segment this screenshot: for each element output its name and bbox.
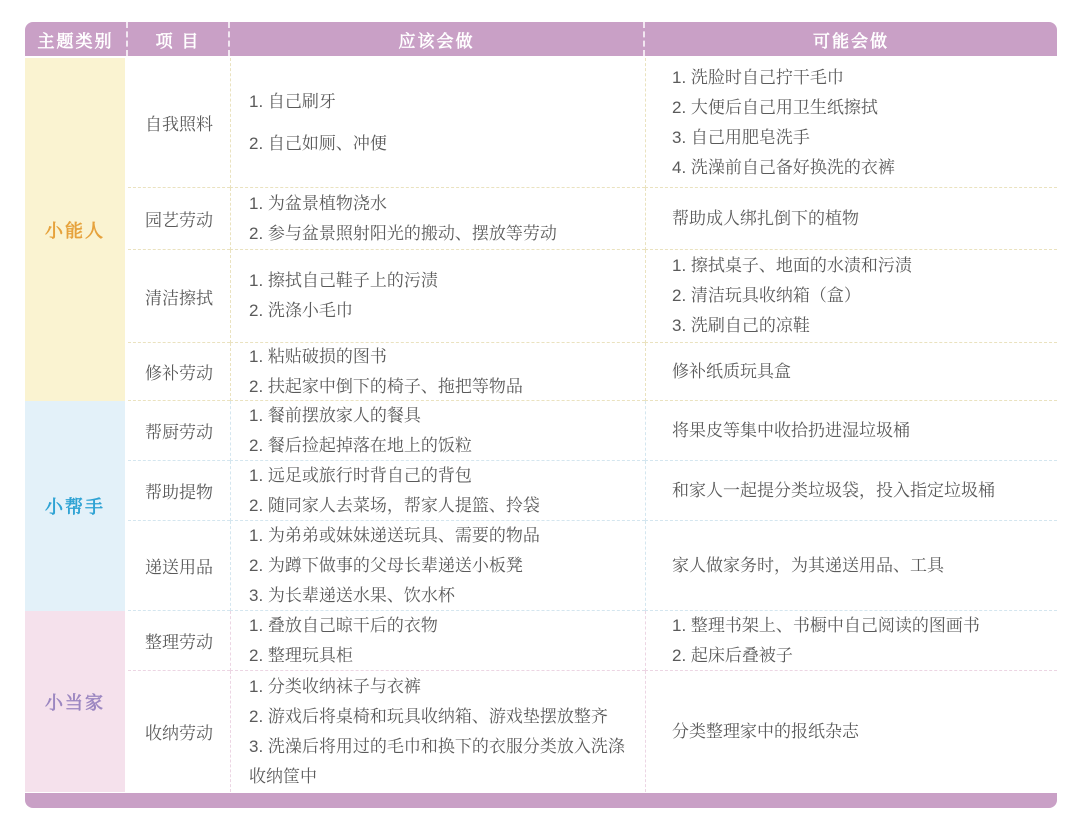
should-list: 1. 叠放自己晾干后的衣物 2. 整理玩具柜 (249, 611, 633, 671)
item-label: 递送用品 (145, 553, 213, 578)
item-label: 帮助提物 (145, 478, 213, 503)
category-cell-xiaodangjia: 小当家 (25, 611, 128, 792)
should-cell: 1. 餐前摆放家人的餐具 2. 餐后捡起掉落在地上的饭粒 (230, 401, 645, 461)
should-list: 1. 分类收纳袜子与衣裤 2. 游戏后将桌椅和玩具收纳箱、游戏垫摆放整齐 3. … (249, 672, 633, 792)
list-line: 2. 起床后叠被子 (672, 641, 1047, 671)
header-item: 项 目 (128, 22, 230, 56)
might-list: 将果皮等集中收拾扔进湿垃圾桶 (672, 416, 1047, 446)
item-label: 帮厨劳动 (145, 418, 213, 443)
item-cell: 递送用品 (128, 521, 230, 611)
list-line: 帮助成人绑扎倒下的植物 (672, 204, 1047, 234)
might-cell: 和家人一起提分类垃圾袋，投入指定垃圾桶 (645, 461, 1057, 521)
item-cell: 帮厨劳动 (128, 401, 230, 461)
list-line: 2. 整理玩具柜 (249, 641, 633, 671)
should-cell: 1. 叠放自己晾干后的衣物 2. 整理玩具柜 (230, 611, 645, 671)
list-line: 2. 随同家人去菜场，帮家人提篮、拎袋 (249, 491, 633, 521)
list-line: 1. 擦拭桌子、地面的水渍和污渍 (672, 251, 1047, 281)
header-theme-category: 主题类别 (25, 22, 128, 56)
should-list: 1. 自己刷牙 2. 自己如厕、冲便 (249, 81, 633, 165)
list-line: 将果皮等集中收拾扔进湿垃圾桶 (672, 416, 1047, 446)
item-label: 园艺劳动 (145, 206, 213, 231)
might-list: 修补纸质玩具盒 (672, 357, 1047, 387)
might-cell: 修补纸质玩具盒 (645, 343, 1057, 401)
list-line: 和家人一起提分类垃圾袋，投入指定垃圾桶 (672, 476, 1047, 506)
item-label: 修补劳动 (145, 359, 213, 384)
should-cell: 1. 为盆景植物浇水 2. 参与盆景照射阳光的搬动、摆放等劳动 (230, 188, 645, 250)
might-cell: 分类整理家中的报纸杂志 (645, 671, 1057, 792)
item-cell: 收纳劳动 (128, 671, 230, 792)
list-line: 3. 洗刷自己的凉鞋 (672, 311, 1047, 341)
might-cell: 家人做家务时，为其递送用品、工具 (645, 521, 1057, 611)
list-line: 1. 自己刷牙 (249, 81, 633, 123)
item-cell: 清洁擦拭 (128, 250, 230, 343)
list-line: 修补纸质玩具盒 (672, 357, 1047, 387)
category-cell-xiaobangshou: 小帮手 (25, 401, 128, 611)
might-list: 和家人一起提分类垃圾袋，投入指定垃圾桶 (672, 476, 1047, 506)
list-line: 1. 分类收纳袜子与衣裤 (249, 672, 633, 702)
item-label: 自我照料 (145, 110, 213, 135)
might-cell: 将果皮等集中收拾扔进湿垃圾桶 (645, 401, 1057, 461)
chore-table: 主题类别 项 目 应该会做 可能会做 小能人 小帮手 小当家 自我照料 1. 自… (25, 22, 1057, 808)
table-footer-bar (25, 793, 1057, 808)
item-label: 清洁擦拭 (145, 284, 213, 309)
list-line: 3. 为长辈递送水果、饮水杯 (249, 581, 633, 611)
should-list: 1. 餐前摆放家人的餐具 2. 餐后捡起掉落在地上的饭粒 (249, 401, 633, 461)
list-line: 2. 清洁玩具收纳箱（盒） (672, 281, 1047, 311)
might-cell: 1. 整理书架上、书橱中自己阅读的图画书 2. 起床后叠被子 (645, 611, 1057, 671)
category-label: 小当家 (45, 689, 105, 715)
category-label: 小能人 (45, 217, 105, 243)
list-line: 2. 洗涤小毛巾 (249, 296, 633, 326)
list-line: 1. 叠放自己晾干后的衣物 (249, 611, 633, 641)
might-list: 1. 洗脸时自己拧干毛巾 2. 大便后自己用卫生纸擦拭 3. 自己用肥皂洗手 4… (672, 63, 1047, 183)
category-cell-xiaonengren: 小能人 (25, 58, 128, 401)
might-list: 1. 整理书架上、书橱中自己阅读的图画书 2. 起床后叠被子 (672, 611, 1047, 671)
should-list: 1. 为盆景植物浇水 2. 参与盆景照射阳光的搬动、摆放等劳动 (249, 189, 633, 249)
chore-skills-worksheet: 主题类别 项 目 应该会做 可能会做 小能人 小帮手 小当家 自我照料 1. 自… (0, 0, 1080, 824)
might-cell: 1. 擦拭桌子、地面的水渍和污渍 2. 清洁玩具收纳箱（盒） 3. 洗刷自己的凉… (645, 250, 1057, 343)
list-line: 1. 擦拭自己鞋子上的污渍 (249, 266, 633, 296)
should-list: 1. 远足或旅行时背自己的背包 2. 随同家人去菜场，帮家人提篮、拎袋 (249, 461, 633, 521)
list-line: 2. 参与盆景照射阳光的搬动、摆放等劳动 (249, 219, 633, 249)
should-cell: 1. 自己刷牙 2. 自己如厕、冲便 (230, 58, 645, 188)
list-line: 4. 洗澡前自己备好换洗的衣裤 (672, 153, 1047, 183)
item-cell: 帮助提物 (128, 461, 230, 521)
item-label: 整理劳动 (145, 628, 213, 653)
might-cell: 1. 洗脸时自己拧干毛巾 2. 大便后自己用卫生纸擦拭 3. 自己用肥皂洗手 4… (645, 58, 1057, 188)
might-list: 帮助成人绑扎倒下的植物 (672, 204, 1047, 234)
list-line: 1. 粘贴破损的图书 (249, 342, 633, 372)
should-cell: 1. 为弟弟或妹妹递送玩具、需要的物品 2. 为蹲下做事的父母长辈递送小板凳 3… (230, 521, 645, 611)
list-line: 家人做家务时，为其递送用品、工具 (672, 551, 1047, 581)
should-list: 1. 为弟弟或妹妹递送玩具、需要的物品 2. 为蹲下做事的父母长辈递送小板凳 3… (249, 521, 633, 611)
list-line: 1. 为弟弟或妹妹递送玩具、需要的物品 (249, 521, 633, 551)
list-line: 2. 为蹲下做事的父母长辈递送小板凳 (249, 551, 633, 581)
should-cell: 1. 擦拭自己鞋子上的污渍 2. 洗涤小毛巾 (230, 250, 645, 343)
might-list: 1. 擦拭桌子、地面的水渍和污渍 2. 清洁玩具收纳箱（盒） 3. 洗刷自己的凉… (672, 251, 1047, 341)
list-line: 1. 为盆景植物浇水 (249, 189, 633, 219)
item-cell: 修补劳动 (128, 343, 230, 401)
might-cell: 帮助成人绑扎倒下的植物 (645, 188, 1057, 250)
item-cell: 园艺劳动 (128, 188, 230, 250)
should-cell: 1. 分类收纳袜子与衣裤 2. 游戏后将桌椅和玩具收纳箱、游戏垫摆放整齐 3. … (230, 671, 645, 792)
list-line: 3. 洗澡后将用过的毛巾和换下的衣服分类放入洗涤收纳筐中 (249, 732, 633, 792)
header-might-do: 可能会做 (645, 22, 1057, 56)
list-line: 1. 餐前摆放家人的餐具 (249, 401, 633, 431)
item-cell: 自我照料 (128, 58, 230, 188)
list-line: 2. 餐后捡起掉落在地上的饭粒 (249, 431, 633, 461)
list-line: 3. 自己用肥皂洗手 (672, 123, 1047, 153)
list-line: 分类整理家中的报纸杂志 (672, 717, 1047, 747)
category-label: 小帮手 (45, 493, 105, 519)
should-list: 1. 粘贴破损的图书 2. 扶起家中倒下的椅子、拖把等物品 (249, 342, 633, 402)
table-header: 主题类别 项 目 应该会做 可能会做 (25, 22, 1057, 56)
list-line: 2. 游戏后将桌椅和玩具收纳箱、游戏垫摆放整齐 (249, 702, 633, 732)
item-label: 收纳劳动 (145, 719, 213, 744)
should-cell: 1. 粘贴破损的图书 2. 扶起家中倒下的椅子、拖把等物品 (230, 343, 645, 401)
list-line: 1. 远足或旅行时背自己的背包 (249, 461, 633, 491)
should-list: 1. 擦拭自己鞋子上的污渍 2. 洗涤小毛巾 (249, 266, 633, 326)
header-should-do: 应该会做 (230, 22, 645, 56)
table-body: 小能人 小帮手 小当家 自我照料 1. 自己刷牙 2. 自己如厕、冲便 1. 洗… (25, 58, 1057, 792)
list-line: 2. 自己如厕、冲便 (249, 123, 633, 165)
list-line: 2. 扶起家中倒下的椅子、拖把等物品 (249, 372, 633, 402)
list-line: 2. 大便后自己用卫生纸擦拭 (672, 93, 1047, 123)
list-line: 1. 整理书架上、书橱中自己阅读的图画书 (672, 611, 1047, 641)
should-cell: 1. 远足或旅行时背自己的背包 2. 随同家人去菜场，帮家人提篮、拎袋 (230, 461, 645, 521)
list-line: 1. 洗脸时自己拧干毛巾 (672, 63, 1047, 93)
item-cell: 整理劳动 (128, 611, 230, 671)
might-list: 家人做家务时，为其递送用品、工具 (672, 551, 1047, 581)
might-list: 分类整理家中的报纸杂志 (672, 717, 1047, 747)
